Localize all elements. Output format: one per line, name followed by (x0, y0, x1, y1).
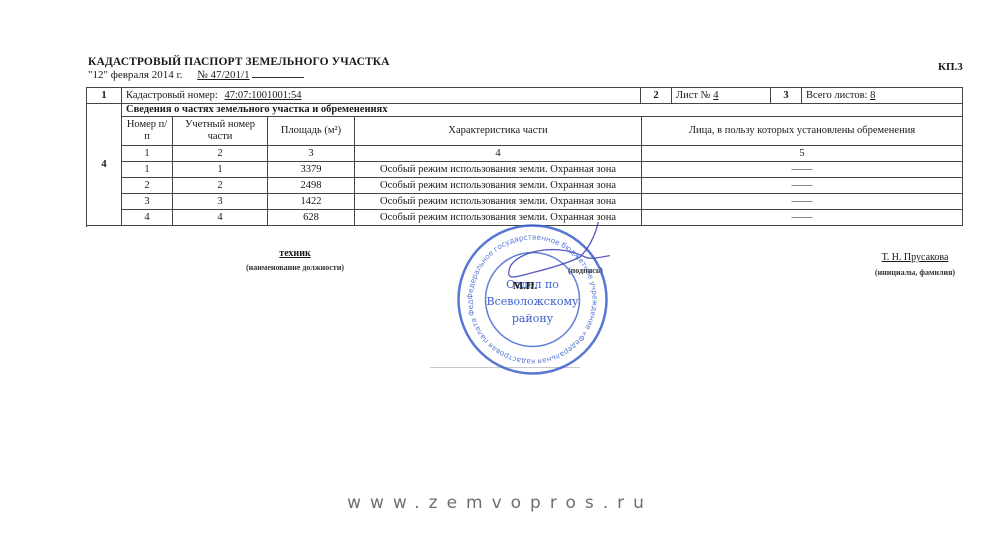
official-stamp: Федеральное государственное бюджетное уч… (455, 222, 610, 377)
cell-beneficiaries: —— (642, 210, 963, 226)
cadastral-number-value: 47:07:1001001:54 (224, 90, 301, 101)
number-underline (252, 68, 304, 78)
parts-table: 4 Сведения о частях земельного участка и… (86, 103, 963, 226)
sheet-number-label: Лист № (676, 90, 711, 101)
table-row: 2 2 2498 Особый режим использования земл… (87, 178, 963, 194)
info-table: 1 Кадастровый номер: 47:07:1001001:54 2 … (86, 87, 963, 104)
sheet-cell-number: 2 (641, 88, 672, 104)
document-date-line: "12" февраля 2014 г. № 47/201/1 (88, 68, 304, 81)
document-date: "12" февраля 2014 г. (88, 69, 182, 81)
cell-part-number: 2 (173, 178, 268, 194)
info-row-number: 1 (87, 88, 122, 104)
col-header-part-number: Учетный номер части (173, 117, 268, 146)
position-block: техник (наименование должности) (230, 248, 360, 272)
name-caption: (инициалы, фамилия) (860, 268, 970, 277)
svg-text:Всеволожскому: Всеволожскому (487, 295, 580, 308)
col-num-1: 1 (122, 146, 173, 162)
cadastral-number-cell: Кадастровый номер: 47:07:1001001:54 (122, 88, 641, 104)
cadastral-number-label: Кадастровый номер: (126, 90, 218, 101)
table-row: 3 3 1422 Особый режим использования земл… (87, 194, 963, 210)
cell-area: 1422 (268, 194, 355, 210)
total-cell-number: 3 (771, 88, 802, 104)
cell-beneficiaries: —— (642, 162, 963, 178)
cell-characteristic: Особый режим использования земли. Охранн… (355, 162, 642, 178)
cell-number: 3 (122, 194, 173, 210)
col-num-2: 2 (173, 146, 268, 162)
cell-characteristic: Особый режим использования земли. Охранн… (355, 194, 642, 210)
sheet-number-cell: Лист № 4 (672, 88, 771, 104)
name-block: Т. Н. Прусакова (инициалы, фамилия) (860, 252, 970, 277)
cell-area: 3379 (268, 162, 355, 178)
cell-part-number: 4 (173, 210, 268, 226)
stamp-icon: Федеральное государственное бюджетное уч… (455, 222, 610, 377)
col-num-5: 5 (642, 146, 963, 162)
cell-part-number: 3 (173, 194, 268, 210)
total-sheets-value: 8 (870, 90, 875, 101)
col-num-3: 3 (268, 146, 355, 162)
col-header-number: Номер п/п (122, 117, 173, 146)
svg-text:М.П.: М.П. (513, 280, 538, 292)
document-number: № 47/201/1 (197, 69, 249, 81)
signer-name: Т. Н. Прусакова (860, 252, 970, 263)
total-sheets-label: Всего листов: (806, 90, 867, 101)
col-header-characteristic: Характеристика части (355, 117, 642, 146)
col-header-beneficiaries: Лица, в пользу которых установлены обрем… (642, 117, 963, 146)
cell-area: 628 (268, 210, 355, 226)
form-code: КП.3 (938, 61, 963, 73)
cell-characteristic: Особый режим использования земли. Охранн… (355, 178, 642, 194)
cell-number: 1 (122, 162, 173, 178)
cell-number: 4 (122, 210, 173, 226)
svg-text:району: району (512, 312, 554, 325)
cell-beneficiaries: —— (642, 178, 963, 194)
cell-part-number: 1 (173, 162, 268, 178)
section-title: Сведения о частях земельного участка и о… (122, 104, 963, 117)
col-num-4: 4 (355, 146, 642, 162)
total-sheets-cell: Всего листов: 8 (802, 88, 963, 104)
position-value: техник (230, 248, 360, 259)
cell-number: 2 (122, 178, 173, 194)
document-title: КАДАСТРОВЫЙ ПАСПОРТ ЗЕМЕЛЬНОГО УЧАСТКА (88, 56, 390, 68)
column-number-row: 1 2 3 4 5 (87, 146, 963, 162)
position-caption: (наименование должности) (230, 263, 360, 272)
table-row: 1 1 3379 Особый режим использования земл… (87, 162, 963, 178)
sheet-number-value: 4 (713, 90, 718, 101)
cell-beneficiaries: —— (642, 194, 963, 210)
section-row-number: 4 (87, 104, 122, 226)
col-header-area: Площадь (м²) (268, 117, 355, 146)
cell-area: 2498 (268, 178, 355, 194)
footer-url: www.zemvopros.ru (0, 493, 1000, 513)
